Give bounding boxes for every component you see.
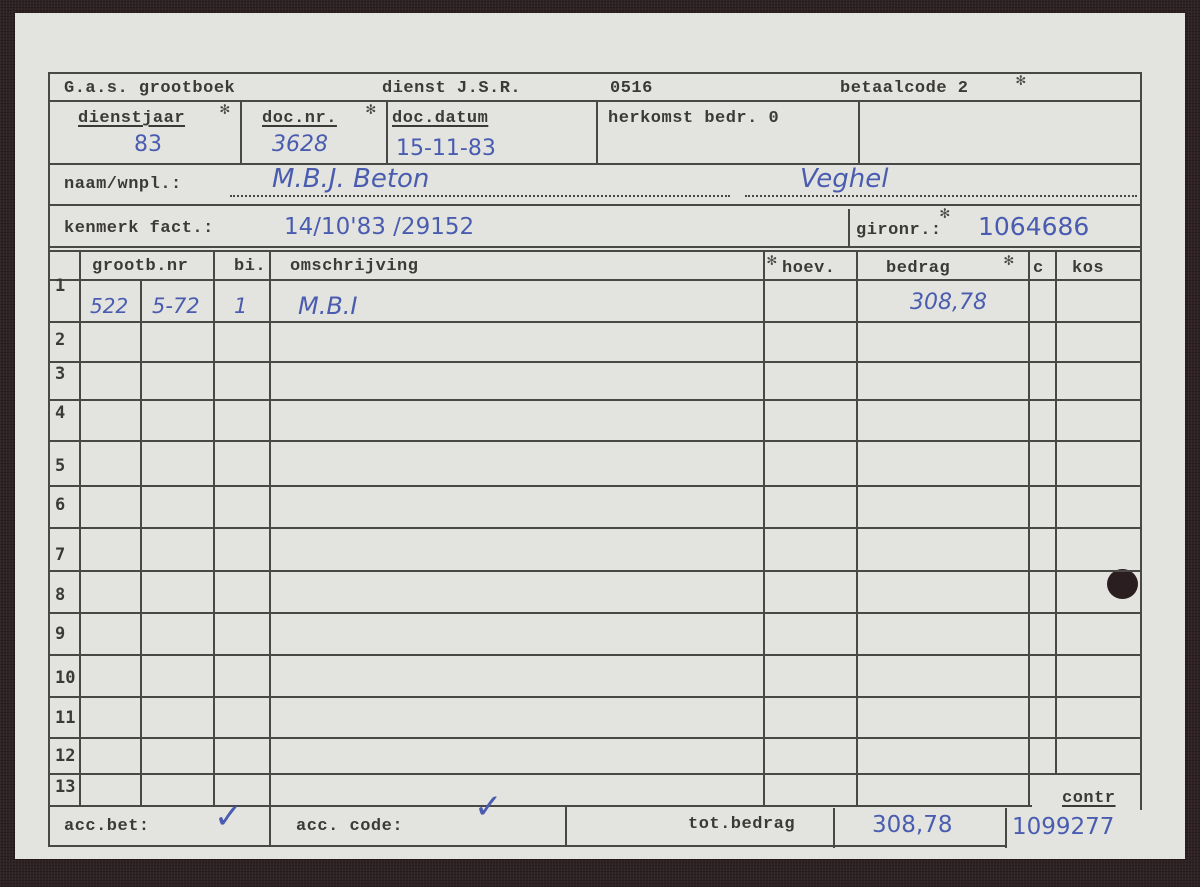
- line: [48, 163, 1142, 165]
- asterisk-icon: ✻: [940, 206, 950, 222]
- cell-bi[interactable]: 1: [234, 296, 247, 317]
- acc-bet-checkmark-icon[interactable]: ✓: [214, 800, 243, 834]
- docnr-label: doc.nr.: [262, 110, 337, 127]
- line: [565, 845, 1005, 847]
- kenmerk-label: kenmerk fact.:: [64, 220, 214, 237]
- col-header-hoev: hoev.: [782, 260, 836, 277]
- line: [1055, 250, 1057, 773]
- tot-bedrag-label: tot.bedrag: [688, 816, 795, 833]
- asterisk-icon: ✻: [220, 102, 230, 118]
- line: [240, 100, 242, 163]
- line: [48, 100, 1142, 102]
- form-title: G.a.s. grootboek: [64, 80, 235, 97]
- cell-bedrag[interactable]: 308,78: [910, 292, 987, 314]
- row-number: 5: [55, 458, 65, 475]
- line: [596, 100, 598, 163]
- row-number: 2: [55, 332, 65, 349]
- row-number: 4: [55, 405, 65, 422]
- naam-label: naam/wnpl.:: [64, 176, 182, 193]
- cell-grootb-a[interactable]: 522: [90, 296, 128, 316]
- col-header-omschrijving: omschrijving: [290, 258, 418, 275]
- line: [48, 805, 1032, 807]
- line: [213, 250, 215, 805]
- acc-code-checkmark-icon[interactable]: ✓: [474, 790, 503, 824]
- row-number: 11: [55, 710, 75, 727]
- acc-code-label: acc. code:: [296, 818, 403, 835]
- line: [48, 845, 565, 847]
- col-header-grootb: grootb.nr: [92, 258, 188, 275]
- tot-bedrag-value[interactable]: 308,78: [872, 814, 952, 837]
- plaats-value[interactable]: Veghel: [800, 166, 888, 192]
- row-number: 9: [55, 626, 65, 643]
- cell-grootb-b[interactable]: 5-72: [152, 296, 200, 317]
- dienstjaar-value[interactable]: 83: [134, 134, 162, 156]
- line: [856, 250, 858, 805]
- line: [269, 250, 271, 845]
- row-number: 6: [55, 497, 65, 514]
- asterisk-icon: ✻: [366, 102, 376, 118]
- line: [79, 250, 81, 805]
- dienstjaar-label: dienstjaar: [78, 110, 185, 127]
- row-number: 13: [55, 779, 75, 796]
- asterisk-icon: ✻: [1016, 73, 1026, 89]
- docdatum-label: doc.datum: [392, 110, 488, 127]
- line: [48, 204, 1142, 206]
- cell-omschrijving[interactable]: M.B.I: [298, 294, 358, 318]
- line: [48, 246, 1142, 248]
- line: [565, 805, 567, 845]
- col-header-c: c: [1033, 260, 1044, 277]
- line: [848, 209, 850, 246]
- row-number: 10: [55, 670, 75, 687]
- ledger-form-paper: [15, 13, 1185, 859]
- line: [858, 100, 860, 163]
- line: [1005, 808, 1007, 848]
- contr-value[interactable]: 1099277: [1012, 816, 1114, 839]
- row-number: 7: [55, 547, 65, 564]
- line: [48, 72, 50, 847]
- betaalcode-label: betaalcode 2: [840, 80, 968, 97]
- contr-label: contr: [1062, 790, 1116, 807]
- col-header-bedrag: bedrag: [886, 260, 950, 277]
- kenmerk-value[interactable]: 14/10'83 /29152: [284, 216, 474, 239]
- line: [386, 100, 388, 163]
- asterisk-icon: ✻: [1004, 253, 1014, 269]
- punch-hole: [1107, 569, 1138, 599]
- line: [833, 808, 835, 848]
- line: [48, 72, 1142, 74]
- row-number: 3: [55, 366, 65, 383]
- col-header-kos: kos: [1072, 260, 1104, 277]
- row-number: 8: [55, 587, 65, 604]
- line: [140, 279, 142, 805]
- dienst-code: 0516: [610, 80, 653, 97]
- docdatum-value[interactable]: 15-11-83: [396, 138, 496, 160]
- dienst-label: dienst J.S.R.: [382, 80, 521, 97]
- row-number: 12: [55, 748, 75, 765]
- col-header-bi: bi.: [234, 258, 266, 275]
- herkomst-label: herkomst bedr. 0: [608, 110, 779, 127]
- gironr-label: gironr.:: [856, 222, 942, 239]
- gironr-value[interactable]: 1064686: [978, 214, 1089, 239]
- line: [1028, 250, 1030, 807]
- asterisk-icon: ✻: [767, 253, 777, 269]
- row-number: 1: [55, 278, 65, 295]
- acc-bet-label: acc.bet:: [64, 818, 150, 835]
- naam-value[interactable]: M.B.J. Beton: [272, 166, 429, 192]
- line: [763, 250, 765, 805]
- docnr-value[interactable]: 3628: [272, 134, 328, 156]
